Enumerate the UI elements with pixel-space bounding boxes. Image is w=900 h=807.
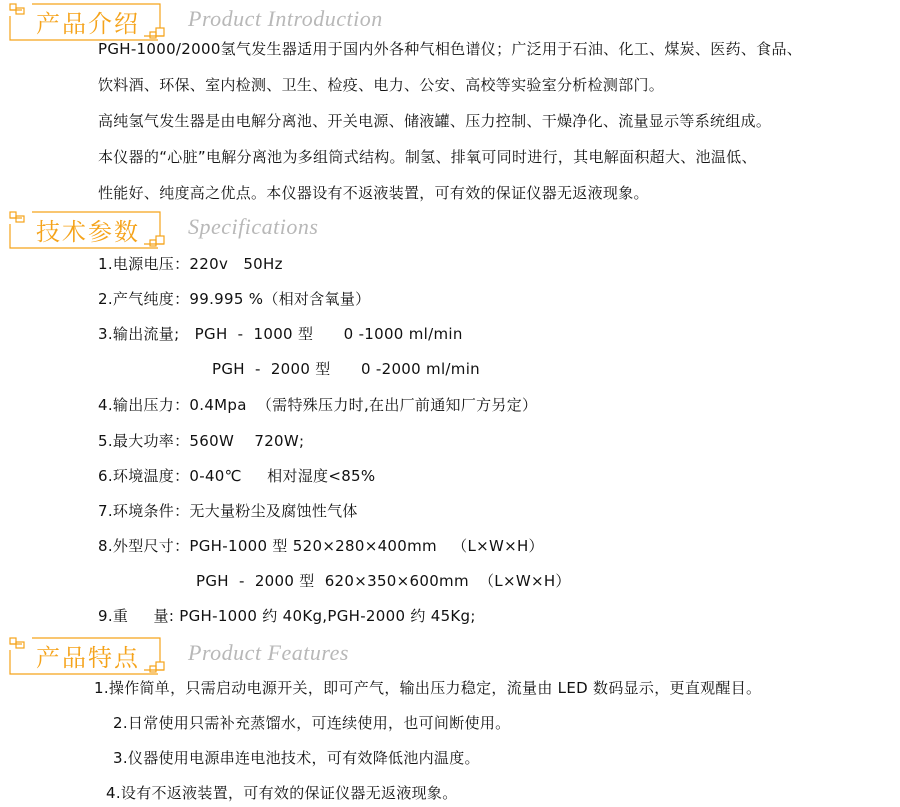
intro-line: 性能好、纯度高之优点。本仪器设有不返液装置，可有效的保证仪器无返液现象。 bbox=[98, 182, 649, 203]
feature-line: 2.日常使用只需补充蒸馏水，可连续使用，也可间断使用。 bbox=[113, 712, 510, 733]
spec-line: 5.最大功率：560W 720W; bbox=[98, 430, 304, 451]
feature-line: 1.操作简单，只需启动电源开关，即可产气，输出压力稳定，流量由 LED 数码显示… bbox=[94, 677, 761, 698]
heading-frame: 技术参数 bbox=[8, 210, 166, 248]
spec-line: PGH - 2000 型 620×350×600mm （L×W×H） bbox=[196, 570, 571, 591]
feature-line: 4.设有不返液装置，可有效的保证仪器无返液现象。 bbox=[106, 782, 458, 803]
heading-frame: 产品介绍 bbox=[8, 2, 166, 40]
section-title: 技术参数 bbox=[36, 212, 140, 247]
feature-line: 3.仪器使用电源串连电池技术，可有效降低池内温度。 bbox=[113, 747, 480, 768]
section-subtitle: Product Features bbox=[188, 640, 349, 666]
spec-line: 2.产气纯度：99.995 %（相对含氧量） bbox=[98, 288, 370, 309]
section-title: 产品介绍 bbox=[36, 4, 140, 39]
section-subtitle: Product Introduction bbox=[188, 6, 383, 32]
section-heading-specifications: 技术参数 Specifications bbox=[8, 210, 428, 250]
section-heading-features: 产品特点 Product Features bbox=[8, 636, 428, 676]
section-subtitle: Specifications bbox=[188, 214, 318, 240]
spec-line: 1.电源电压：220v 50Hz bbox=[98, 253, 283, 274]
intro-line: 饮料酒、环保、室内检测、卫生、检疫、电力、公安、高校等实验室分析检测部门。 bbox=[98, 74, 664, 95]
spec-line: 6.环境温度：0-40℃ 相对湿度<85% bbox=[98, 465, 375, 486]
spec-line: 9.重 量: PGH-1000 约 40Kg,PGH-2000 约 45Kg; bbox=[98, 605, 476, 626]
intro-line: PGH-1000/2000氢气发生器适用于国内外各种气相色谱仪；广泛用于石油、化… bbox=[98, 38, 802, 59]
section-title: 产品特点 bbox=[36, 638, 140, 673]
spec-line: 3.输出流量; PGH - 1000 型 0 -1000 ml/min bbox=[98, 323, 463, 344]
intro-line: 本仪器的“心脏”电解分离池为多组筒式结构。制氢、排氧可同时进行，其电解面积超大、… bbox=[98, 146, 757, 167]
intro-line: 高纯氢气发生器是由电解分离池、开关电源、储液罐、压力控制、干燥净化、流量显示等系… bbox=[98, 110, 771, 131]
section-heading-introduction: 产品介绍 Product Introduction bbox=[8, 2, 428, 42]
heading-frame: 产品特点 bbox=[8, 636, 166, 674]
spec-line: PGH - 2000 型 0 -2000 ml/min bbox=[212, 358, 480, 379]
spec-line: 7.环境条件：无大量粉尘及腐蚀性气体 bbox=[98, 500, 358, 521]
spec-line: 8.外型尺寸：PGH-1000 型 520×280×400mm （L×W×H） bbox=[98, 535, 544, 556]
spec-line: 4.输出压力：0.4Mpa （需特殊压力时,在出厂前通知厂方另定） bbox=[98, 394, 537, 415]
